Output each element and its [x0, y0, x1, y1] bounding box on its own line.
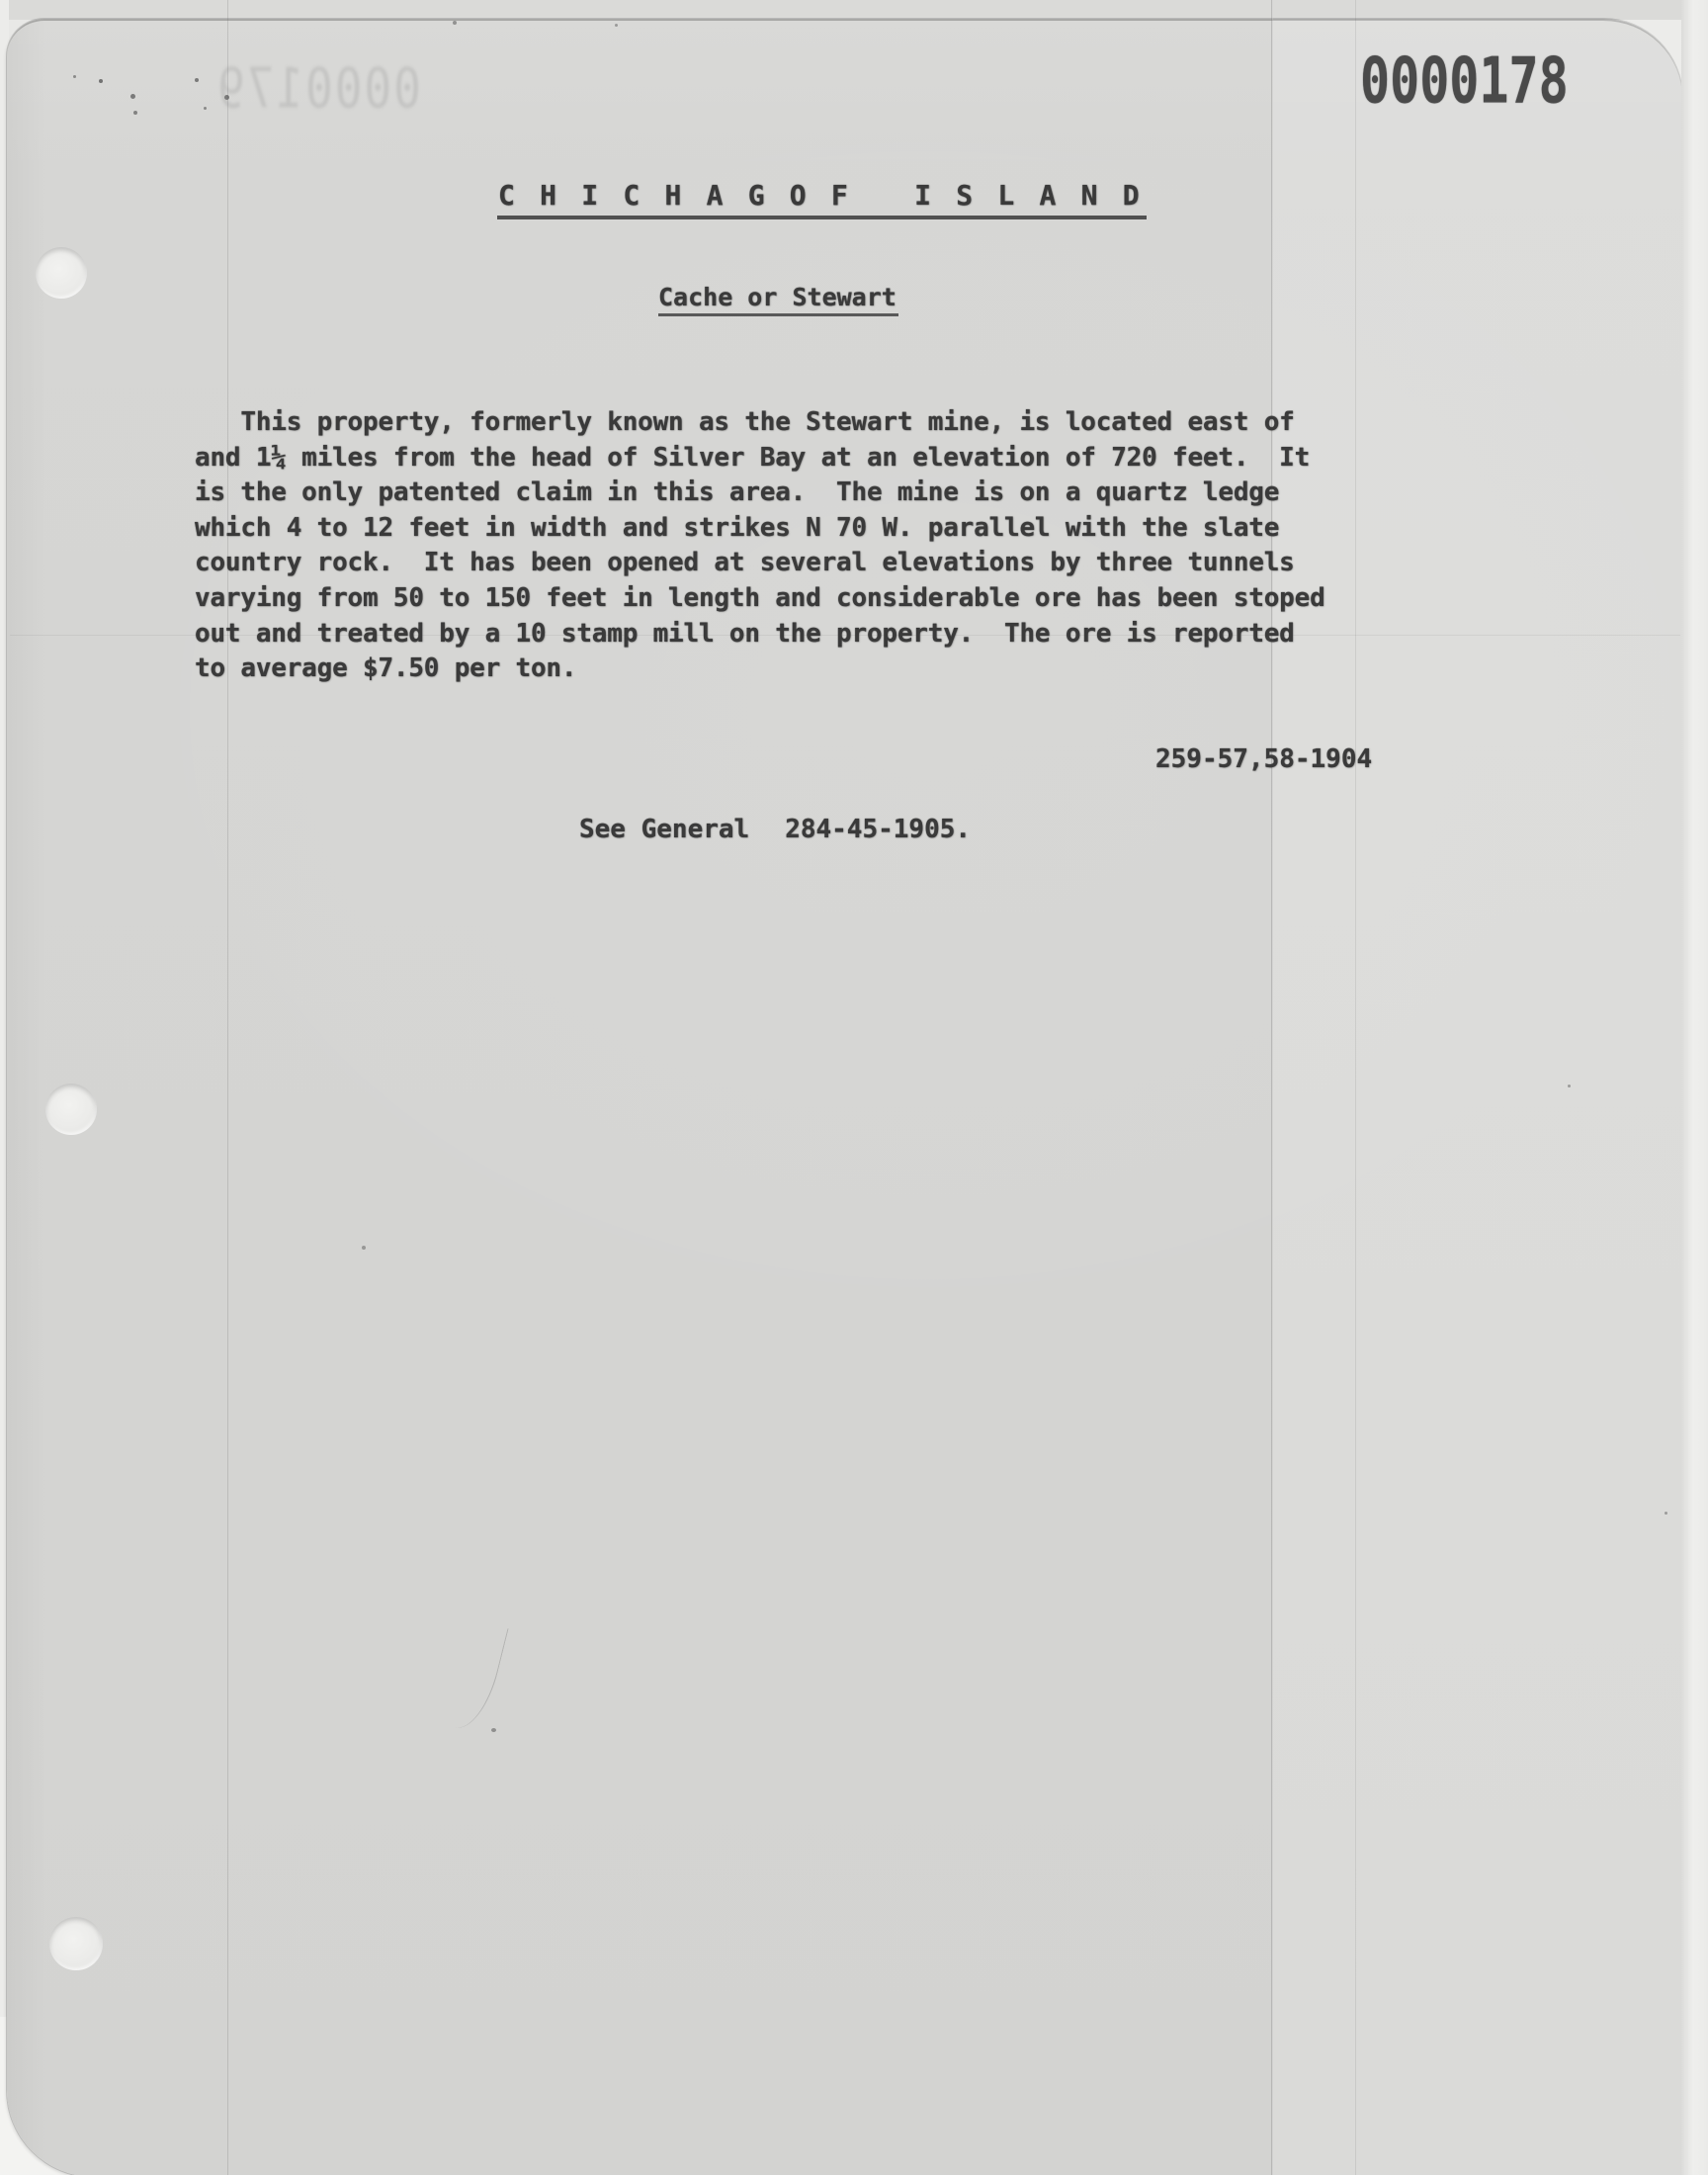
- paper-speck: [615, 24, 618, 27]
- paper-speck: [195, 78, 199, 82]
- body-line: is the only patented claim in this area.…: [195, 476, 1325, 511]
- punch-hole-top: [36, 247, 87, 299]
- paper-speck: [362, 1246, 366, 1250]
- punch-hole-middle: [45, 1084, 97, 1135]
- paper-speck: [99, 79, 103, 83]
- body-line: out and treated by a 10 stamp mill on th…: [195, 617, 1325, 652]
- reference-number: 259-57,58-1904: [1155, 743, 1372, 775]
- ghost-bleed-number: 0000179: [215, 65, 421, 111]
- body-line: which 4 to 12 feet in width and strikes …: [195, 511, 1325, 547]
- punch-hole-bottom: [49, 1917, 103, 1970]
- body-line: and 1¼ miles from the head of Silver Bay…: [195, 441, 1325, 477]
- paper-speck: [453, 21, 457, 25]
- scanned-page: 0000179 0000178 C H I C H A G O F I S L …: [0, 0, 1708, 2175]
- see-general-reference: 284-45-1905.: [785, 814, 971, 845]
- paper-speck: [1568, 1085, 1571, 1087]
- body-line: to average $7.50 per ton.: [195, 652, 1325, 687]
- paper-speck: [1665, 1512, 1667, 1515]
- see-general-line: See General 284-45-1905.: [579, 814, 971, 845]
- page-subtitle: Cache or Stewart: [658, 285, 898, 316]
- paper-speck: [204, 107, 207, 110]
- see-general-label: See General: [579, 814, 749, 845]
- paper-speck: [133, 111, 137, 115]
- body-line: This property, formerly known as the Ste…: [195, 405, 1325, 441]
- backdrop-right-strip: [1681, 0, 1708, 2175]
- paper-speck: [130, 94, 135, 99]
- backdrop-top-strip: [0, 0, 1708, 20]
- page-sheet: [7, 19, 1682, 2175]
- stamp-serial-number: 0000178: [1360, 55, 1569, 106]
- page-title: C H I C H A G O F I S L A N D: [497, 182, 1147, 219]
- body-line: country rock. It has been opened at seve…: [195, 546, 1325, 581]
- paper-speck: [491, 1728, 496, 1732]
- body-line: varying from 50 to 150 feet in length an…: [195, 581, 1325, 617]
- paper-speck: [73, 75, 76, 78]
- body-paragraph: This property, formerly known as the Ste…: [195, 405, 1325, 687]
